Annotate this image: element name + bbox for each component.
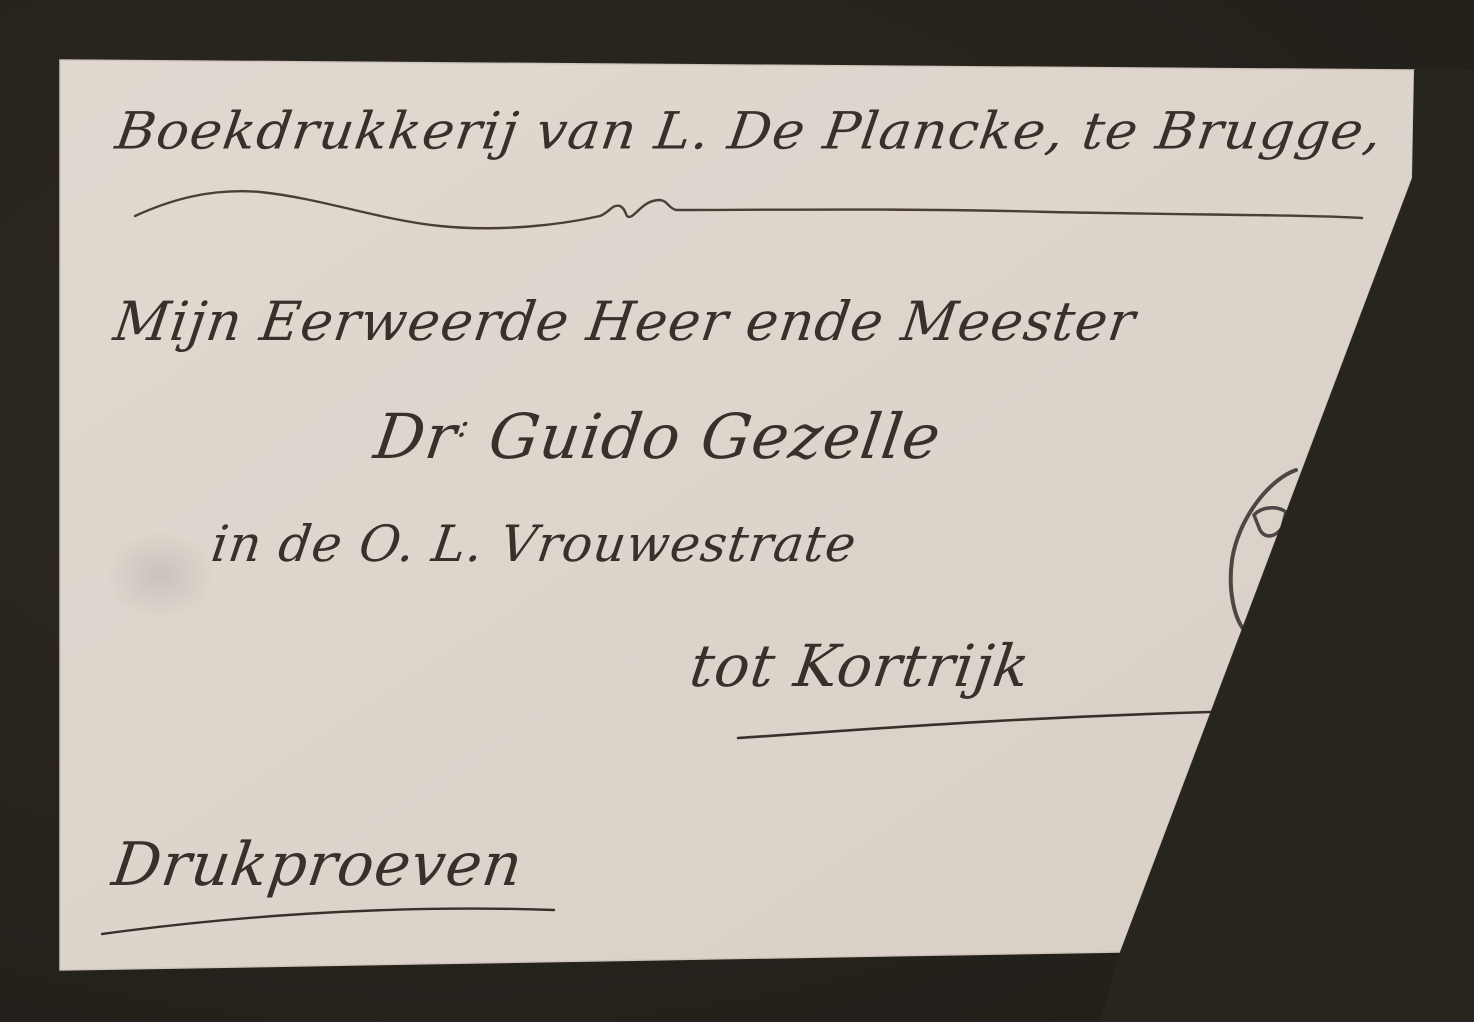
document-scan: Boekdrukkerij van L. De Plancke, te Brug… xyxy=(0,0,1474,1022)
city-prefix: tot xyxy=(686,632,780,700)
salutation-text: Mijn Eerweerde Heer ende Meester xyxy=(110,290,1140,353)
recipient-title: Dr xyxy=(370,400,462,473)
note-text: Drukproeven xyxy=(108,830,527,900)
city-name: Kortrijk xyxy=(790,632,1035,700)
printer-header-text: Boekdrukkerij van L. De Plancke, te Brug… xyxy=(112,101,1386,161)
recipient-name: Guido Gezelle xyxy=(485,400,946,473)
street-address-text: in de O. L. Vrouwestrate xyxy=(208,515,860,573)
recipient-name-line: Dr: Guido Gezelle xyxy=(370,400,946,473)
city-line: tot Kortrijk xyxy=(686,632,1035,700)
